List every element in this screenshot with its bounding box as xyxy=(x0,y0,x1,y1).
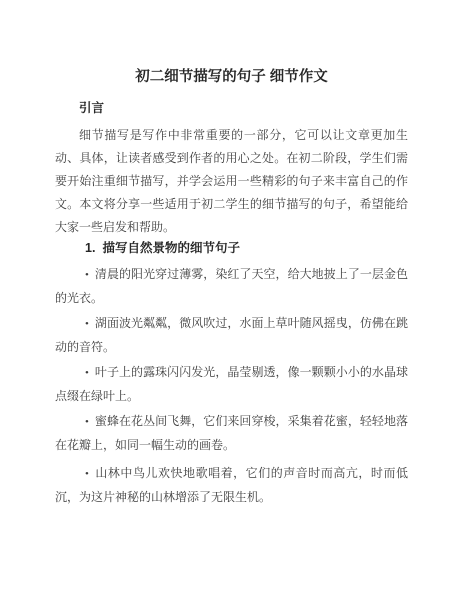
list-item-text: 蜜蜂在花丛间飞舞，它们来回穿梭，采集着花蜜，轻轻地落在花瓣上，如同一幅生动的画卷… xyxy=(55,414,408,452)
bullet-icon: • xyxy=(85,313,89,336)
bullet-icon: • xyxy=(85,411,89,434)
list-item: •蜜蜂在花丛间飞舞，它们来回穿梭，采集着花蜜，轻轻地落在花瓣上，如同一幅生动的画… xyxy=(55,410,408,457)
bullet-icon: • xyxy=(85,463,89,486)
document-page: 初二细节描写的句子 细节作文 引言 细节描写是写作中非常重要的一部分，它可以让文… xyxy=(0,0,463,600)
section-number: 1. xyxy=(85,241,95,255)
list-item-text: 叶子上的露珠闪闪发光，晶莹剔透，像一颗颗小小的水晶球点缀在绿叶上。 xyxy=(55,365,408,403)
list-item: •湖面波光粼粼，微风吹过，水面上草叶随风摇曳，仿佛在跳动的音符。 xyxy=(55,312,408,359)
list-item-text: 清晨的阳光穿过薄雾，染红了天空，给大地披上了一层金色的光衣。 xyxy=(55,267,408,305)
list-item-text: 湖面波光粼粼，微风吹过，水面上草叶随风摇曳，仿佛在跳动的音符。 xyxy=(55,316,408,354)
section-heading: 1.描写自然景物的细节句子 xyxy=(55,239,408,257)
section-heading-label: 描写自然景物的细节句子 xyxy=(102,241,240,255)
list-item-text: 山林中鸟儿欢快地歌唱着，它们的声音时而高亢，时而低沉，为这片神秘的山林增添了无限… xyxy=(55,466,408,504)
intro-heading: 引言 xyxy=(79,100,408,117)
list-item: •叶子上的露珠闪闪发光，晶莹剔透，像一颗颗小小的水晶球点缀在绿叶上。 xyxy=(55,361,408,408)
list-item: •山林中鸟儿欢快地歌唱着，它们的声音时而高亢，时而低沉，为这片神秘的山林增添了无… xyxy=(55,462,408,509)
bullet-icon: • xyxy=(85,362,89,385)
page-title: 初二细节描写的句子 细节作文 xyxy=(55,67,408,87)
bullet-icon: • xyxy=(85,264,89,287)
intro-paragraph: 细节描写是写作中非常重要的一部分，它可以让文章更加生动、具体，让读者感受到作者的… xyxy=(55,124,408,239)
list-item: •清晨的阳光穿过薄雾，染红了天空，给大地披上了一层金色的光衣。 xyxy=(55,263,408,310)
bullet-list: •清晨的阳光穿过薄雾，染红了天空，给大地披上了一层金色的光衣。 •湖面波光粼粼，… xyxy=(55,263,408,509)
